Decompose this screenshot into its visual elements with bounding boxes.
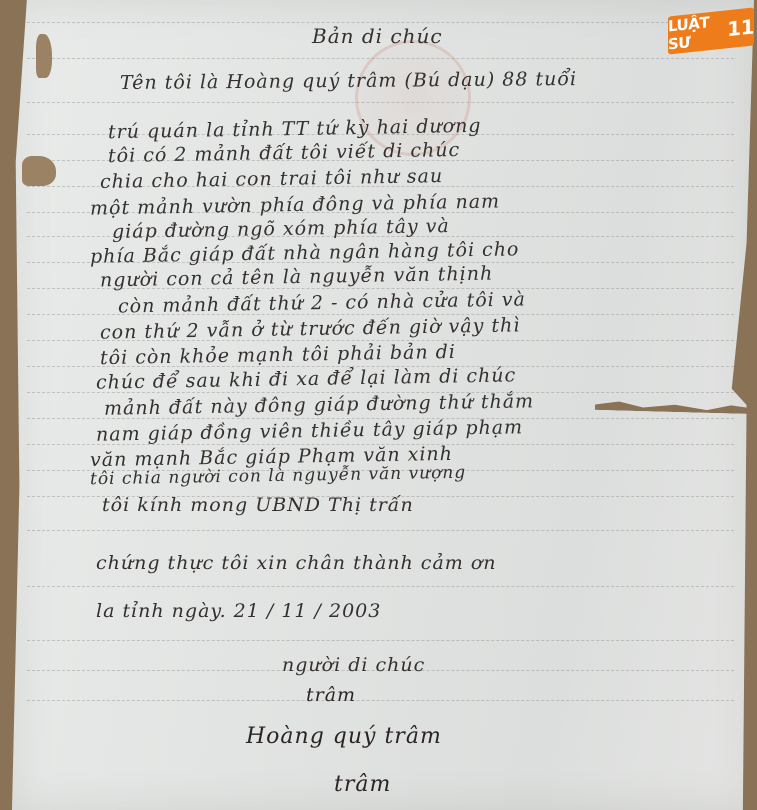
body-line: Tên tôi là Hoàng quý trâm (Bú dạu) 88 tu…: [120, 68, 577, 94]
body-line: chứng thực tôi xin chân thành cảm ơn: [96, 552, 497, 574]
ruled-line: [27, 586, 734, 587]
body-line: tôi kính mong UBND Thị trấn: [102, 494, 414, 516]
ruled-line: [27, 640, 734, 641]
date-line: la tỉnh ngày. 21 / 11 / 2003: [96, 600, 381, 622]
signatory-full-name: Hoàng quý trâm: [246, 724, 442, 749]
signature-label: người di chúc: [282, 654, 425, 676]
ruled-line: [27, 530, 734, 531]
paper-hole: [36, 34, 52, 78]
watermark-number: 11: [727, 14, 754, 41]
paper-hole: [22, 156, 56, 186]
ruled-line: [27, 700, 734, 701]
watermark-text: LUẬT SƯ: [668, 12, 725, 54]
ruled-line: [27, 22, 734, 23]
signature-final: trâm: [334, 772, 391, 797]
signature-short: trâm: [306, 684, 356, 706]
document-title: Bản di chúc: [312, 24, 443, 48]
